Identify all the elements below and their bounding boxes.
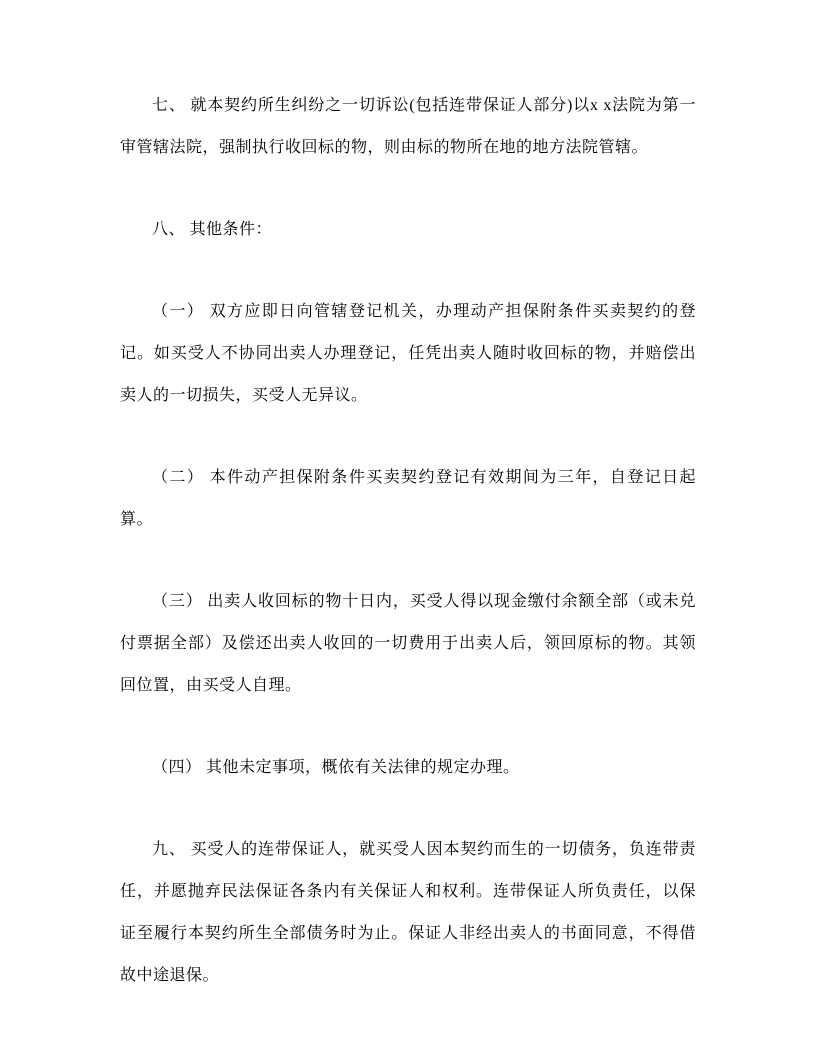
- paragraph-clause-8-item-1: （一） 双方应即日向管辖登记机关，办理动产担保附条件买卖契约的登记。如买受人不协…: [120, 291, 696, 417]
- document-page: 七、 就本契约所生纠纷之一切诉讼(包括连带保证人部分)以x x法院为第一审管辖法…: [0, 0, 816, 1056]
- paragraph-clause-8: 八、 其他条件：: [120, 209, 696, 251]
- paragraph-clause-8-item-3: （三） 出卖人收回标的物十日内，买受人得以现金缴付余额全部（或未兑付票据全部）及…: [120, 581, 696, 707]
- paragraph-clause-8-item-4: （四） 其他未定事项，概依有关法律的规定办理。: [120, 747, 696, 789]
- contract-body: 七、 就本契约所生纠纷之一切诉讼(包括连带保证人部分)以x x法院为第一审管辖法…: [120, 85, 696, 997]
- paragraph-clause-7: 七、 就本契约所生纠纷之一切诉讼(包括连带保证人部分)以x x法院为第一审管辖法…: [120, 85, 696, 169]
- paragraph-clause-9: 九、 买受人的连带保证人，就买受人因本契约而生的一切债务，负连带责任，并愿抛弃民…: [120, 829, 696, 997]
- paragraph-clause-8-item-2: （二） 本件动产担保附条件买卖契约登记有效期间为三年，自登记日起算。: [120, 457, 696, 541]
